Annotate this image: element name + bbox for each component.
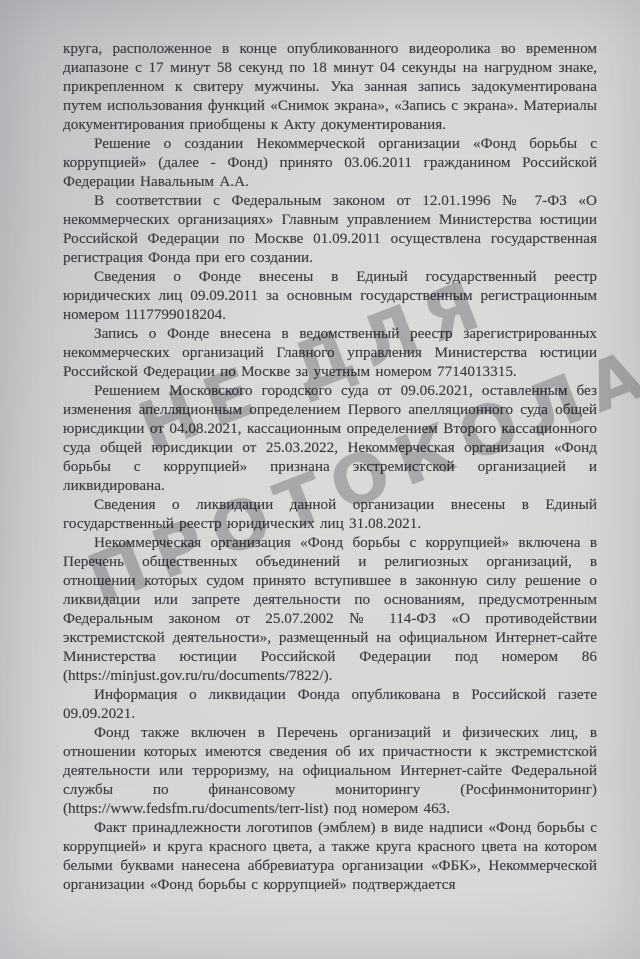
paragraph: Решением Московского городского суда от … (63, 381, 597, 495)
document-page-photo: круга, расположенное в конце опубликован… (0, 0, 640, 959)
paragraph: Сведения о ликвидации данной организации… (63, 495, 597, 533)
paragraph: Факт принадлежности логотипов (эмблем) в… (63, 818, 597, 894)
paragraph: Некоммерческая организация «Фонд борьбы … (63, 533, 597, 685)
paragraph: Запись о Фонде внесена в ведомственный р… (63, 324, 597, 381)
paragraph: круга, расположенное в конце опубликован… (63, 39, 597, 134)
paragraph: Фонд также включен в Перечень организаци… (63, 723, 597, 818)
paragraph: Информация о ликвидации Фонда опубликова… (63, 685, 597, 723)
paragraph: Решение о создании Некоммерческой органи… (63, 134, 597, 191)
document-text-block: круга, расположенное в конце опубликован… (63, 39, 597, 894)
paragraph: В соответствии с Федеральным законом от … (63, 191, 597, 267)
paragraph: Сведения о Фонде внесены в Единый госуда… (63, 267, 597, 324)
